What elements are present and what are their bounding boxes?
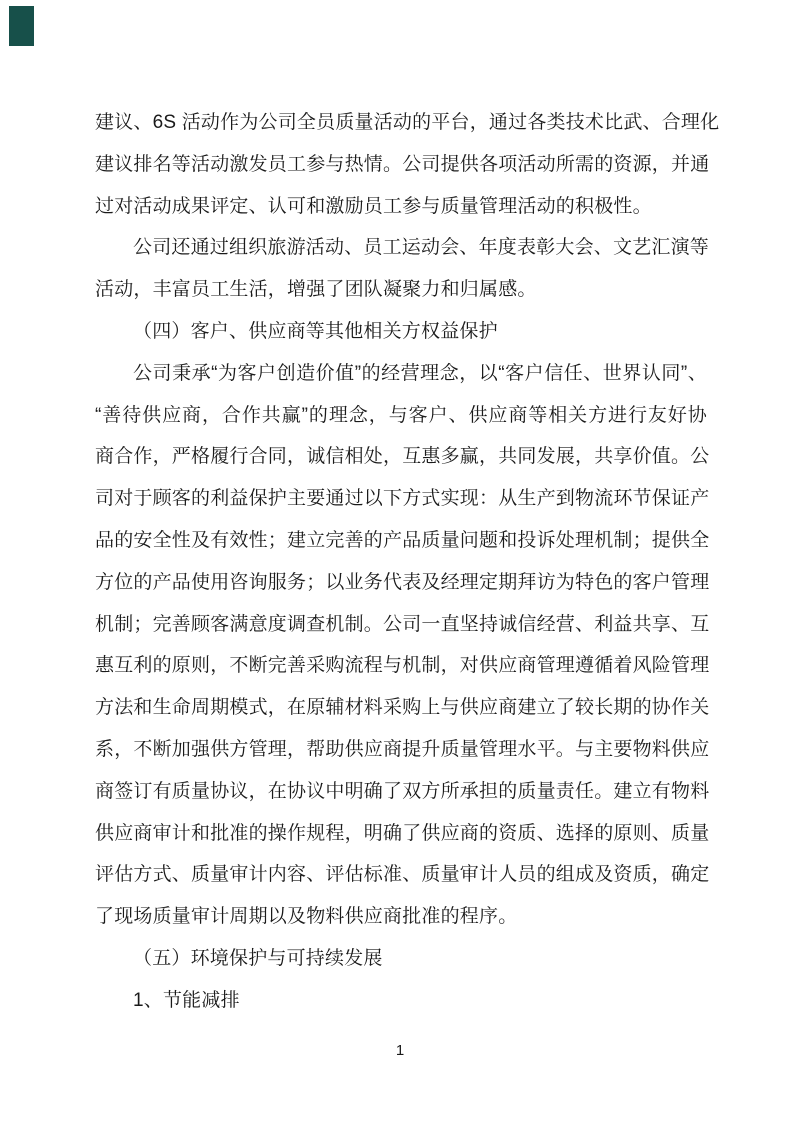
text-line: 公司秉承“为客户创造价值”的经营理念，以“客户信任、世界认同”、 bbox=[95, 353, 707, 395]
text-line: 过对活动成果评定、认可和激励员工参与质量管理活动的积极性。 bbox=[95, 186, 707, 228]
corner-mark bbox=[9, 6, 34, 46]
text-line: 商签订有质量协议，在协议中明确了双方所承担的质量责任。建立有物料 bbox=[95, 771, 707, 813]
text-line: 方法和生命周期模式，在原辅材料采购上与供应商建立了较长期的协作关 bbox=[95, 687, 707, 729]
text-line: 司对于顾客的利益保护主要通过以下方式实现：从生产到物流环节保证产 bbox=[95, 478, 707, 520]
text-line: 系，不断加强供方管理，帮助供应商提升质量管理水平。与主要物料供应 bbox=[95, 729, 707, 771]
page-number: 1 bbox=[0, 1041, 800, 1061]
text-line: 公司还通过组织旅游活动、员工运动会、年度表彰大会、文艺汇演等 bbox=[95, 227, 707, 269]
text-line: 建议排名等活动激发员工参与热情。公司提供各项活动所需的资源，并通 bbox=[95, 144, 707, 186]
text-line: 商合作，严格履行合同，诚信相处，互惠多赢，共同发展，共享价值。公 bbox=[95, 436, 707, 478]
section-heading-line: （四）客户、供应商等其他相关方权益保护 bbox=[95, 311, 707, 353]
text-line: 品的安全性及有效性；建立完善的产品质量问题和投诉处理机制；提供全 bbox=[95, 520, 707, 562]
text-line: “善待供应商，合作共赢”的理念，与客户、供应商等相关方进行友好协 bbox=[95, 395, 707, 437]
text-line: 了现场质量审计周期以及物料供应商批准的程序。 bbox=[95, 896, 707, 938]
section-heading-line: （五）环境保护与可持续发展 bbox=[95, 938, 707, 980]
document-page: 建议、6S 活动作为公司全员质量活动的平台，通过各类技术比武、合理化建议排名等活… bbox=[0, 0, 800, 1139]
document-body: 建议、6S 活动作为公司全员质量活动的平台，通过各类技术比武、合理化建议排名等活… bbox=[95, 102, 707, 1022]
text-line: 供应商审计和批准的操作规程，明确了供应商的资质、选择的原则、质量 bbox=[95, 813, 707, 855]
text-line: 方位的产品使用咨询服务；以业务代表及经理定期拜访为特色的客户管理 bbox=[95, 562, 707, 604]
section-heading-line: 1、节能减排 bbox=[95, 980, 707, 1022]
text-line: 活动，丰富员工生活，增强了团队凝聚力和归属感。 bbox=[95, 269, 707, 311]
text-line: 建议、6S 活动作为公司全员质量活动的平台，通过各类技术比武、合理化 bbox=[95, 102, 707, 144]
text-line: 评估方式、质量审计内容、评估标准、质量审计人员的组成及资质，确定 bbox=[95, 854, 707, 896]
text-line: 机制；完善顾客满意度调查机制。公司一直坚持诚信经营、利益共享、互 bbox=[95, 604, 707, 646]
text-line: 惠互利的原则，不断完善采购流程与机制，对供应商管理遵循着风险管理 bbox=[95, 645, 707, 687]
